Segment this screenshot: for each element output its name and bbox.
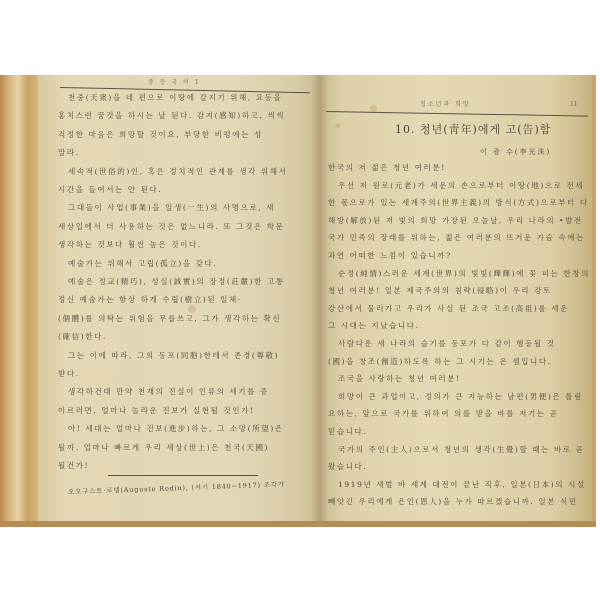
header-rule (326, 111, 588, 117)
author: 이 광 수(李光洙) (480, 147, 551, 157)
right-page: 청소년과 희망 11 10. 청년(靑年)에게 고(告)함 이 광 수(李光洙)… (320, 75, 592, 521)
footnote: 오오구스트·로뎅(Auguste Rodin), (서기 1840~1917) … (68, 479, 285, 497)
text-line: 한국의 저 젊은 청년 여러분! (328, 163, 588, 173)
text-line: 믿습니다. (328, 427, 588, 437)
text-line: 걱정한 마음은 희망할 것이요, 부당한 비평에는 성 (58, 130, 316, 140)
text-line: 빼앗긴 우리에게 은인(恩人)을 누가 따르겠습니까. 일본 식민 (328, 497, 588, 507)
text-line: 아! 세대는 얼마나 진보(進步)하는, 그 소망(所望)은 (68, 424, 316, 434)
book-bottom-edge (0, 521, 596, 527)
text-line: 될까. 얼마나 빠르게 우리 세상(世上)은 천국(天國) (58, 443, 316, 453)
text-line: 세속적(世俗的)인, 혹은 정치적인 관계를 생각 위해서 (68, 167, 316, 177)
text-line: 홍치스런 꿈것을 하시는 날 된다. 감지(感知)하고, 씩씩 (58, 111, 316, 121)
text-line: 예술은 정교(精巧), 성실(誠實)의 장정(莊嚴)한 고통 (68, 277, 316, 287)
text-line: 요하는, 앞으로 국가를 위하여 의를 받을 바를 저기는 곧 (328, 409, 588, 419)
paper-stain (370, 105, 377, 112)
text-line: 생각하건대 만약 천재의 진실이 인류의 세기를 증 (68, 387, 316, 397)
text-line: 시간을 들여서는 안 된다. (58, 185, 316, 195)
text-line: 우선 저 원로(元老)가 세운의 손으로부터 이땅(地)으로 전세 (338, 181, 588, 191)
text-line: 청년 여러분! 일본 제국주의의 침략(侵略)이 우리 강토 (328, 286, 588, 296)
text-line: 과연 어떠한 느낌이 있습니까? (328, 251, 588, 261)
text-line: (國)을 창조(創造)하도록 하는 그 시기는 온 셈입니다. (328, 357, 588, 367)
text-line: 국가 민족의 장래를 위하는, 젊은 여러분의 뜨거운 가슴 속에는 (328, 233, 588, 243)
left-page-header: 중 등 국 어 1 (148, 77, 201, 86)
book-page-edges (0, 75, 40, 527)
page-number: 11 (570, 101, 578, 108)
paper-stain (188, 305, 196, 313)
text-line: 그대들이 사업(事業)을 일생(一生)의 사명으로, 새 (68, 203, 316, 213)
text-line: 정신 예술가는 항상 하게 수립(樹立)된 일체- (58, 295, 316, 305)
text-line: 국가의 주인(主人)으로서 청년의 생각(生覺)할 때는 바로 곧 (338, 445, 588, 455)
text-line: 해방(解放)된 저 빛의 희망 가장된 오늘날, 우리 나라의 •발전 (328, 216, 588, 226)
text-line: 왔습니다. (328, 462, 588, 472)
text-line: (個體)를 의탁는 위험을 무릅쓰고, 그가 생각하는 확신 (58, 314, 316, 324)
text-line: 말라. (58, 148, 316, 158)
text-line: 천중(天衆)을 네 편으로 이땅에 갈지기 위해, 요동을 (68, 93, 316, 103)
text-line: 세상일에서 더 사용하는 것은 없느니라. 또 그것은 학문 (58, 222, 316, 232)
left-page: 중 등 국 어 1 천중(天衆)을 네 편으로 이땅에 갈지기 위해, 요동을홍… (38, 75, 320, 521)
text-line: 사람다운 새 나라의 슬기를 동포가 다 같이 행동될 것 (338, 339, 588, 349)
text-line: 될건가! (58, 461, 316, 471)
footnote-rule (108, 475, 258, 476)
right-page-header: 청소년과 희망 (420, 99, 471, 108)
chapter-title: 10. 청년(靑年)에게 고(告)함 (395, 121, 551, 137)
book-gutter (312, 75, 328, 521)
text-line: 이르러면, 얼마나 놀라운 진보가 실현될 것인가! (58, 406, 316, 416)
text-line: (確信)한다. (58, 332, 316, 342)
text-line: 조국을 사랑하는 청년 여러분! (338, 374, 588, 384)
text-line: 강산에서 물러가고 우리가 사실 된 조국 고조(高祖)를 세운 (328, 304, 588, 314)
text-line: 순정(純情)스러운 세계(世界)의 빛빛(輝輝)에 꽃 피는 한창의 (338, 269, 588, 279)
open-book: 중 등 국 어 1 천중(天衆)을 네 편으로 이땅에 갈지기 위해, 요동을홍… (0, 75, 596, 527)
text-line: 한 몫으로가 있는 세계주의(世界主義)의 방식(方式)으로부터 다시 (328, 198, 588, 208)
paper-stain (335, 123, 340, 128)
text-line: 그는 이에 따라, 그의 동포(同胞)한테서 존경(尊敬) (68, 351, 316, 361)
text-line: 그 시대는 지났습니다. (328, 321, 588, 331)
text-line: 받다. (58, 369, 316, 379)
text-line: 1919년 새벌 바 세계 대전이 끝난 직후, 일본(日本)의 시설 (338, 480, 588, 490)
text-line: 희망이 큰 과업이고, 정의가 큰 지능하는 남편(男便)은 틀림 (338, 392, 588, 402)
text-line: 생각하는 것보다 훨씬 높은 것이다. (58, 240, 316, 250)
text-line: 예술가는 위해서 고립(孤立)을 갖다. (68, 259, 316, 269)
